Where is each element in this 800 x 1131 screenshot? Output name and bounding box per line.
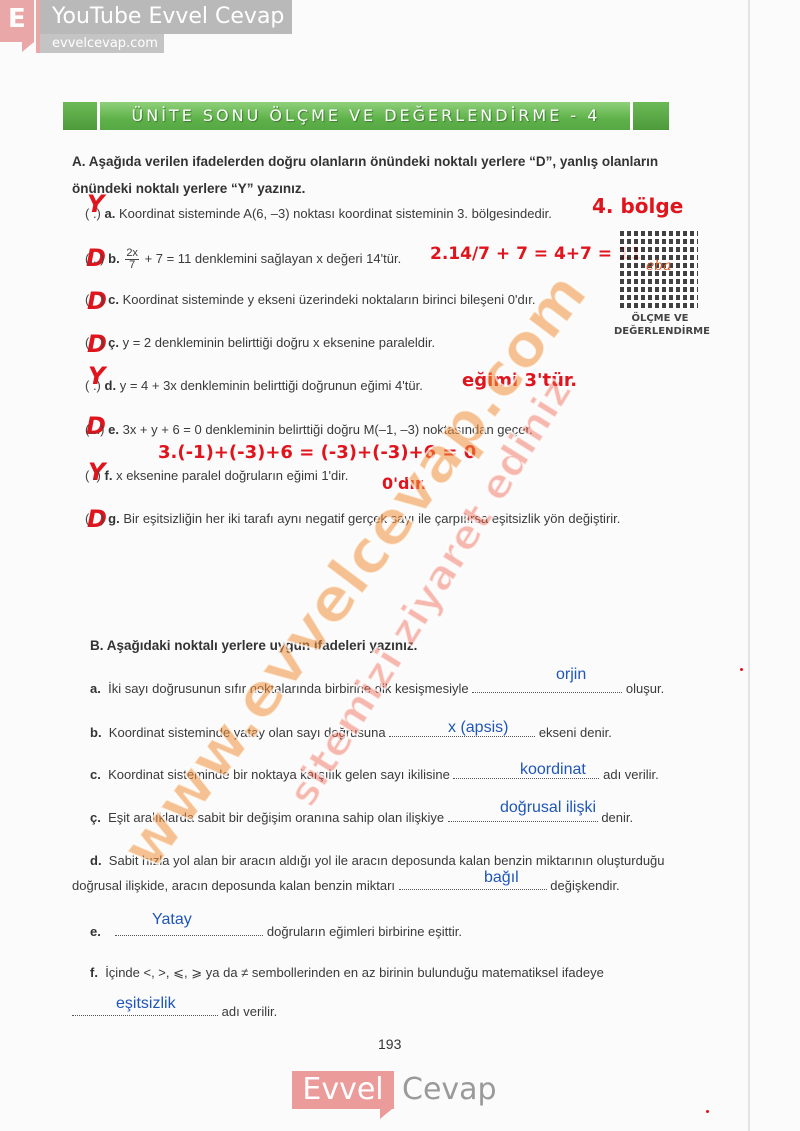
fill-b: b. Koordinat sisteminde yatay olan sayı … — [90, 725, 612, 740]
header-block-left — [63, 102, 100, 130]
question-e: (...) e. 3x + y + 6 = 0 denkleminin beli… — [85, 422, 533, 437]
fill-answer-c: koordinat — [520, 761, 586, 779]
fill-f-line1: f. İçinde <, >, ⩽, ⩾ ya da ≠ sembollerin… — [90, 965, 604, 981]
fill-answer-f: eşitsizlik — [116, 995, 176, 1013]
question-d: ( .) d. y = 4 + 3x denkleminin belirttiğ… — [85, 378, 423, 393]
fill-answer-d: bağıl — [484, 869, 519, 887]
page-number: 193 — [378, 1036, 401, 1052]
brand-badge-letter: E — [8, 4, 26, 34]
question-f: ( .) f. x eksenine paralel doğruların eğ… — [85, 468, 348, 483]
note-b: 2.14/7 + 7 = 4+7 = 11 — [430, 244, 642, 264]
question-b: (...) b. 2x7 + 7 = 11 denklemini sağlaya… — [85, 248, 401, 271]
footer-logo-evvel: Evvel — [292, 1071, 394, 1109]
page-edge — [748, 0, 750, 1131]
brand-title: YouTube Evvel Cevap — [40, 0, 292, 34]
header-block-right — [630, 102, 669, 130]
question-cc: ( ) ç. y = 2 denkleminin belirttiği doğr… — [85, 335, 435, 350]
note-f: 0'dır. — [382, 474, 427, 493]
stray-mark — [706, 1110, 709, 1113]
brand-badge: E — [0, 0, 34, 42]
note-d: eğimi 3'tür. — [462, 370, 577, 391]
question-g: ( ) g. Bir eşitsizliğin her iki tarafı a… — [85, 511, 620, 526]
note-e: 3.(-1)+(-3)+6 = (-3)+(-3)+6 = 0 — [158, 442, 476, 463]
fill-answer-e: Yatay — [152, 911, 192, 929]
eba-logo: eba — [646, 258, 672, 274]
fill-answer-b: x (apsis) — [448, 719, 508, 737]
qr-label: ÖLÇME VEDEĞERLENDİRME — [614, 312, 706, 338]
unit-title: ÜNİTE SONU ÖLÇME VE DEĞERLENDİRME - 4 — [103, 102, 629, 130]
question-c: ( ) c. Koordinat sisteminde y ekseni üze… — [85, 292, 536, 307]
fill-answer-cc: doğrusal ilişki — [500, 799, 596, 817]
watermark-url: www.evvelcevap.com — [108, 260, 601, 882]
footer-logo-cevap: Cevap — [402, 1071, 497, 1109]
fill-answer-a: orjin — [556, 666, 586, 684]
brand-url: evvelcevap.com — [40, 34, 164, 53]
fraction: 2x7 — [125, 248, 139, 271]
section-b-instruction: B. Aşağıdaki noktalı yerlere uygun ifade… — [90, 638, 417, 653]
unit-header: ÜNİTE SONU ÖLÇME VE DEĞERLENDİRME - 4 — [63, 102, 669, 130]
fill-d-line2: doğrusal ilişkide, aracın deposunda kala… — [72, 878, 620, 893]
stray-mark — [740, 668, 743, 671]
question-a: ( .) a. Koordinat sisteminde A(6, –3) no… — [85, 206, 552, 221]
fill-d-line1: d. Sabit hızla yol alan bir aracın aldığ… — [90, 853, 665, 868]
fill-e: e. doğruların eğimleri birbirine eşittir… — [90, 924, 462, 939]
note-a: 4. bölge — [592, 194, 683, 218]
